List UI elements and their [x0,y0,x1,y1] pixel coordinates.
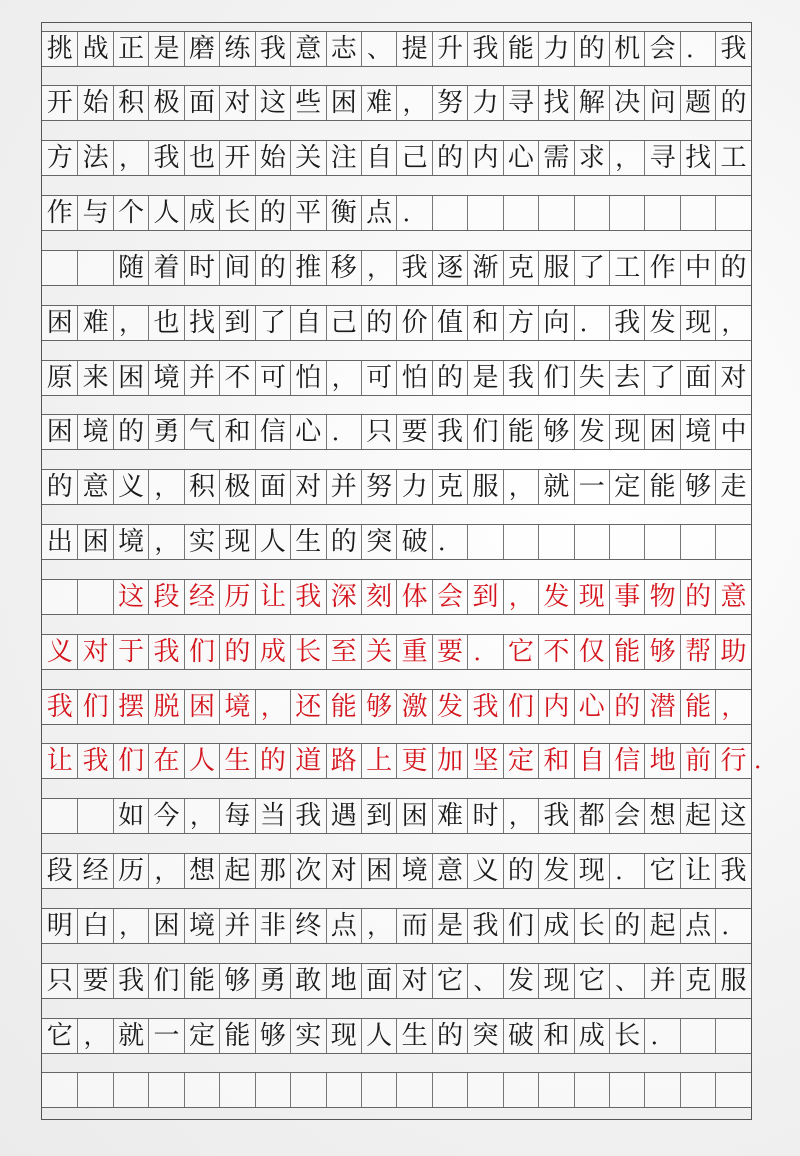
grid-cell: 对 [219,86,254,120]
grid-cell-empty [680,1019,715,1053]
grid-cell: 失 [574,361,609,395]
grid-cell: 要 [432,635,467,669]
grid-cell: 在 [148,744,183,778]
grid-cell-empty [77,251,112,285]
grid-row: 这段经历让我深刻体会到，发现事物的意 [42,579,751,615]
grid-cell: ， [184,799,219,833]
grid-cell: 向 [538,306,573,340]
grid-cell: 的 [255,196,290,230]
grid-cell: ， [715,306,750,340]
grid-cell: 境 [113,525,148,559]
grid-cell: 生 [290,525,325,559]
grid-cell: ， [113,141,148,175]
grid-cell: 义 [42,635,77,669]
grid-cell: ， [396,86,431,120]
grid-cell: 起 [644,909,679,943]
grid-cell: 我 [255,32,290,66]
grid-cell-empty [326,1073,361,1107]
grid-cell: 磨 [184,32,219,66]
grid-cell: 境 [680,415,715,449]
grid-cell: 道 [290,744,325,778]
grid-cell: 境 [77,415,112,449]
grid-cell: 起 [219,854,254,888]
grid-cell: 的 [715,251,750,285]
grid-cell: 现 [219,525,254,559]
grid-cell: 白 [77,909,112,943]
grid-cell: 次 [290,854,325,888]
grid-cell: 我 [609,306,644,340]
grid-cell: 的 [432,1019,467,1053]
grid-cell: 并 [326,470,361,504]
grid-cell: 面 [361,964,396,998]
grid-cell: 困 [644,415,679,449]
grid-cell: 心 [574,690,609,724]
grid-cell: 对 [326,854,361,888]
grid-cell: 成 [184,196,219,230]
grid-cell: 能 [503,32,538,66]
grid-cell: 现 [680,306,715,340]
grid-cell: 克 [432,470,467,504]
grid-cell: 关 [361,635,396,669]
grid-cell: 些 [290,86,325,120]
grid-cell: 己 [326,306,361,340]
grid-cell-empty [538,525,573,559]
grid-row: 随着时间的推移，我逐渐克服了工作中的 [42,250,751,286]
grid-cell: 破 [503,1019,538,1053]
grid-row: 困难，也找到了自己的价值和方向．我发现， [42,305,751,341]
grid-cell: 非 [255,909,290,943]
grid-cell: 时 [467,799,502,833]
grid-row: 开始积极面对这些困难，努力寻找解决问题的 [42,85,751,121]
grid-cell: 点 [361,196,396,230]
grid-cell: 生 [219,744,254,778]
grid-cell: 会 [644,32,679,66]
grid-cell: 让 [255,580,290,614]
grid-cell-empty [42,1073,77,1107]
grid-cell: 现 [609,415,644,449]
grid-cell: 仅 [574,635,609,669]
grid-cell: 信 [255,415,290,449]
grid-cell: 题 [680,86,715,120]
grid-cell: ， [609,141,644,175]
grid-cell: 定 [609,470,644,504]
grid-cell: 始 [255,141,290,175]
grid-cell: ． [396,196,431,230]
grid-row: 困境的勇气和信心．只要我们能够发现困境中 [42,414,751,450]
grid-cell: 段 [42,854,77,888]
grid-cell: 找 [184,306,219,340]
grid-cell-empty [644,525,679,559]
grid-cell: 升 [432,32,467,66]
grid-cell: 关 [290,141,325,175]
grid-cell: 它 [432,964,467,998]
overflow-punctuation: ． [754,748,778,772]
grid-cell: 极 [219,470,254,504]
grid-cell: 找 [538,86,573,120]
grid-cell: 如 [113,799,148,833]
grid-cell: 自 [361,141,396,175]
grid-cell-empty [361,1073,396,1107]
grid-cell: 决 [609,86,644,120]
grid-cell: 战 [77,32,112,66]
grid-cell: 现 [574,580,609,614]
grid-cell: 能 [644,470,679,504]
grid-cell: 地 [326,964,361,998]
grid-cell: 个 [113,196,148,230]
grid-cell: 历 [219,580,254,614]
grid-cell: 随 [113,251,148,285]
grid-cell: 去 [609,361,644,395]
grid-cell: 作 [644,251,679,285]
grid-cell: ． [680,32,715,66]
grid-cell: 人 [184,744,219,778]
grid-cell: 就 [113,1019,148,1053]
grid-cell: 的 [361,306,396,340]
grid-cell: 终 [290,909,325,943]
grid-cell: 与 [77,196,112,230]
grid-cell: ． [467,635,502,669]
grid-cell: 起 [680,799,715,833]
grid-cell: 坚 [467,744,502,778]
grid-cell: 我 [148,141,183,175]
grid-cell: 要 [396,415,431,449]
grid-cell-empty [574,196,609,230]
grid-cell: 脱 [148,690,183,724]
grid-cell-empty [680,525,715,559]
grid-cell: 还 [290,690,325,724]
grid-cell: ， [148,470,183,504]
grid-cell-empty [467,1073,502,1107]
grid-cell: 我 [42,690,77,724]
grid-cell: ， [113,909,148,943]
grid-cell: 不 [538,635,573,669]
grid-cell: 能 [503,415,538,449]
grid-cell: 们 [538,361,573,395]
grid-cell: 内 [467,141,502,175]
grid-cell: ， [326,361,361,395]
grid-cell: 只 [42,964,77,998]
grid-cell: 们 [503,690,538,724]
grid-cell: ． [574,306,609,340]
grid-cell: 出 [42,525,77,559]
grid-cell: 现 [574,854,609,888]
grid-row: 让我们在人生的道路上更加坚定和自信地前行 [42,743,751,779]
grid-cell: 来 [77,361,112,395]
grid-cell: 的 [255,744,290,778]
grid-cell: 可 [361,361,396,395]
grid-cell: 体 [396,580,431,614]
grid-cell: 它 [42,1019,77,1053]
grid-cell: 克 [503,251,538,285]
grid-cell: 加 [432,744,467,778]
grid-cell: 开 [219,141,254,175]
grid-cell: 经 [184,580,219,614]
grid-cell: 点 [326,909,361,943]
grid-cell: 工 [609,251,644,285]
grid-cell: 求 [574,141,609,175]
grid-cell-empty [538,1073,573,1107]
grid-cell: 了 [255,306,290,340]
grid-cell: 成 [255,635,290,669]
grid-cell: 的 [503,854,538,888]
grid-cell: 能 [326,690,361,724]
grid-cell: 历 [113,854,148,888]
grid-cell: 突 [361,525,396,559]
grid-cell: 成 [538,909,573,943]
grid-cell: 对 [715,361,750,395]
grid-cell: 到 [219,306,254,340]
grid-cell-empty [42,580,77,614]
grid-cell: 对 [290,470,325,504]
grid-row: 如今，每当我遇到困难时，我都会想起这 [42,798,751,834]
grid-cell: 刻 [361,580,396,614]
grid-cell: 的 [326,525,361,559]
grid-cell: 够 [255,1019,290,1053]
grid-cell: 更 [396,744,431,778]
grid-row [42,1072,751,1108]
grid-cell-empty [609,1073,644,1107]
grid-cell: 是 [467,361,502,395]
grid-cell-empty [255,1073,290,1107]
grid-cell: 难 [361,86,396,120]
grid-cell: 们 [467,415,502,449]
grid-cell: 当 [255,799,290,833]
grid-cell: 的 [609,690,644,724]
grid-cell: 我 [503,361,538,395]
grid-cell: 寻 [503,86,538,120]
grid-cell: 一 [148,1019,183,1053]
grid-cell: 挑 [42,32,77,66]
grid-cell-empty [609,525,644,559]
grid-row: 我们摆脱困境，还能够激发我们内心的潜能， [42,689,751,725]
grid-cell: 信 [609,744,644,778]
grid-cell: 定 [503,744,538,778]
grid-cell: 上 [361,744,396,778]
grid-cell-empty [467,525,502,559]
grid-cell: 气 [184,415,219,449]
grid-cell: 着 [148,251,183,285]
grid-cell: 己 [396,141,431,175]
grid-cell: 问 [644,86,679,120]
grid-cell: 现 [538,964,573,998]
grid-cell: 们 [184,635,219,669]
grid-cell: 价 [396,306,431,340]
grid-cell: 破 [396,525,431,559]
grid-cell: 和 [219,415,254,449]
grid-cell-empty [715,1073,750,1107]
grid-row: 明白，困境并非终点，而是我们成长的起点． [42,908,751,944]
grid-cell: 勇 [148,415,183,449]
grid-cell: 自 [290,306,325,340]
grid-cell: 路 [326,744,361,778]
grid-cell: 并 [219,909,254,943]
grid-cell: 需 [538,141,573,175]
grid-cell: ， [361,251,396,285]
grid-cell: 的 [255,251,290,285]
grid-cell: ， [503,580,538,614]
grid-cell: 法 [77,141,112,175]
grid-cell: 重 [396,635,431,669]
grid-row: 挑战正是磨练我意志、提升我能力的机会．我 [42,31,751,67]
grid-cell: 自 [574,744,609,778]
grid-cell: 我 [715,32,750,66]
grid-cell: 长 [219,196,254,230]
grid-cell: 逐 [432,251,467,285]
grid-cell: 境 [184,909,219,943]
grid-cell: ． [715,909,750,943]
grid-cell: 我 [467,32,502,66]
grid-row: 的意义，积极面对并努力克服，就一定能够走 [42,469,751,505]
grid-cell: 要 [77,964,112,998]
grid-cell: 的 [715,86,750,120]
grid-cell: 只 [361,415,396,449]
grid-cell-empty [148,1073,183,1107]
grid-cell: 发 [538,580,573,614]
grid-cell: 方 [503,306,538,340]
grid-cell: 够 [219,964,254,998]
grid-cell: ， [148,525,183,559]
grid-cell: 内 [538,690,573,724]
grid-cell: 到 [467,580,502,614]
grid-cell: 、 [467,964,502,998]
grid-cell: 实 [290,1019,325,1053]
grid-cell-empty [503,1073,538,1107]
grid-cell: 深 [326,580,361,614]
grid-cell: 怕 [396,361,431,395]
grid-row: 义对于我们的成长至关重要．它不仅能够帮助 [42,634,751,670]
grid-cell-empty [680,196,715,230]
grid-cell: 境 [148,361,183,395]
grid-cell: 困 [396,799,431,833]
grid-cell: 对 [396,964,431,998]
grid-cell: 寻 [644,141,679,175]
grid-cell: 而 [396,909,431,943]
grid-cell: 积 [113,86,148,120]
grid-cell: 意 [77,470,112,504]
grid-cell: 们 [113,744,148,778]
grid-row: 原来困境并不可怕，可怕的是我们失去了面对 [42,360,751,396]
grid-cell: 服 [538,251,573,285]
grid-cell: 人 [255,525,290,559]
grid-cell: 我 [467,690,502,724]
grid-cell: 长 [609,1019,644,1053]
grid-cell: 对 [77,635,112,669]
grid-cell: 激 [396,690,431,724]
grid-cell: 困 [77,525,112,559]
grid-cell: 克 [680,964,715,998]
grid-cell: 了 [574,251,609,285]
grid-cell: 我 [396,251,431,285]
grid-cell: 时 [184,251,219,285]
grid-cell: 练 [219,32,254,66]
grid-cell: ． [644,1019,679,1053]
grid-cell: 它 [574,964,609,998]
grid-cell: ， [503,470,538,504]
grid-cell: 是 [148,32,183,66]
grid-cell: 原 [42,361,77,395]
grid-cell: 中 [680,251,715,285]
grid-cell: 作 [42,196,77,230]
grid-cell: 让 [42,744,77,778]
grid-cell-empty [680,1073,715,1107]
grid-cell: 我 [432,415,467,449]
grid-cell: 移 [326,251,361,285]
grid-cell: 每 [219,799,254,833]
grid-cell: 始 [77,86,112,120]
grid-cell: 发 [574,415,609,449]
grid-cell: 行 [715,744,750,778]
grid-cell: 今 [148,799,183,833]
grid-cell: ， [361,909,396,943]
grid-cell-empty [503,525,538,559]
grid-cell: 义 [113,470,148,504]
grid-cell: 、 [609,964,644,998]
grid-cell: 帮 [680,635,715,669]
grid-cell: 服 [715,964,750,998]
grid-cell: 困 [42,306,77,340]
grid-cell: 的 [680,580,715,614]
grid-cell: ． [609,854,644,888]
grid-cell: 的 [113,415,148,449]
grid-cell: 困 [113,361,148,395]
grid-cell: 间 [219,251,254,285]
grid-cell: 力 [538,32,573,66]
grid-cell: 会 [432,580,467,614]
grid-cell: 的 [432,361,467,395]
grid-cell-empty [538,196,573,230]
grid-row: 只要我们能够勇敢地面对它、发现它、并克服 [42,963,751,999]
grid-cell: 人 [148,196,183,230]
grid-cell: 意 [715,580,750,614]
grid-cell: 工 [715,141,750,175]
grid-cell: 物 [644,580,679,614]
grid-cell: 长 [290,635,325,669]
grid-cell-empty [644,196,679,230]
grid-cell: 地 [644,744,679,778]
grid-cell: 那 [255,854,290,888]
grid-cell: 到 [361,799,396,833]
grid-cell: ， [113,306,148,340]
grid-cell: 和 [467,306,502,340]
grid-cell: 积 [184,470,219,504]
grid-cell: 不 [219,361,254,395]
grid-cell: 也 [184,141,219,175]
grid-cell: 段 [148,580,183,614]
grid-row: 段经历，想起那次对困境意义的发现．它让我 [42,853,751,889]
grid-cell: 我 [290,580,325,614]
grid-cell: 们 [148,964,183,998]
grid-row: 作与个人成长的平衡点． [42,195,751,231]
grid-cell: 明 [42,909,77,943]
grid-cell: 发 [503,964,538,998]
grid-cell: 想 [644,799,679,833]
grid-cell-empty [467,196,502,230]
grid-cell: 的 [574,32,609,66]
grid-cell-empty [432,1073,467,1107]
grid-cell: 就 [538,470,573,504]
grid-cell: 服 [467,470,502,504]
grid-cell: 都 [574,799,609,833]
grid-cell-empty [715,1019,750,1053]
grid-cell: 发 [644,306,679,340]
grid-cell: 潜 [644,690,679,724]
grid-cell-empty [42,251,77,285]
grid-cell: 意 [290,32,325,66]
grid-cell: 志 [326,32,361,66]
grid-cell: 至 [326,635,361,669]
grid-cell: 渐 [467,251,502,285]
grid-cell: 经 [77,854,112,888]
